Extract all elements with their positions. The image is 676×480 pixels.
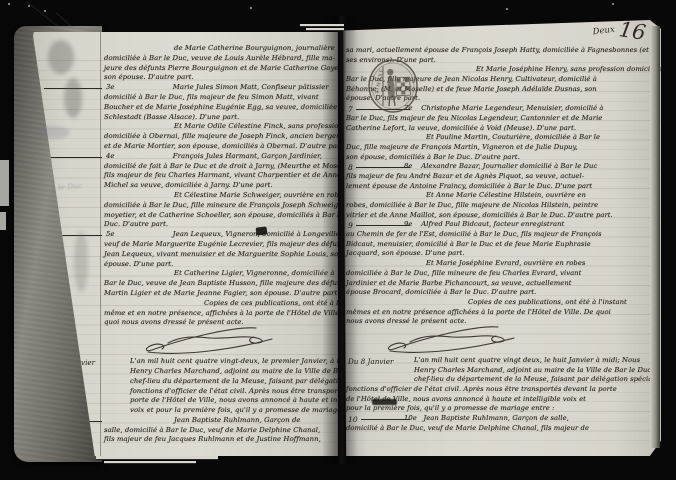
handwriting-line: Boucher et de Marie Joséphine Eugénie Eg… — [104, 103, 338, 113]
folio-numeral: 16 — [618, 19, 648, 43]
dust-speck — [612, 3, 614, 5]
page-edge-strip — [300, 24, 344, 26]
handwriting-line: veuf de Marie Marguerite Eugénie Lecrevi… — [104, 240, 338, 250]
handwriting-line: pour la première fois, qu'il y a promess… — [346, 404, 634, 414]
handwriting-line: 4e François Jules Harmant, Garçon Jardin… — [104, 152, 338, 162]
handwriting-line: Copies de ces publications, ont été à l'… — [346, 298, 634, 308]
margin-underline — [361, 419, 410, 420]
handwriting-line: épouse. D'une part. — [104, 260, 338, 270]
paragraph-block: de Marie Catherine Bourguignon, journali… — [104, 44, 338, 83]
ink-smudge-over-word — [372, 399, 397, 405]
handwriting-line: L'an mil huit cent quatre vingt-deux, le… — [104, 357, 338, 367]
bleedthrough-text: le Duc — [58, 181, 83, 192]
margin-underline — [44, 157, 102, 158]
page-edge-strip — [306, 28, 344, 30]
ink-offset-smudge — [64, 78, 82, 118]
handwriting-line: de Marie Catherine Bourguignon, journali… — [104, 44, 338, 54]
handwriting-line: son épouse. D'autre part. — [104, 73, 338, 83]
scanned-register-photo: de Marie Catherine Bourguignon, journali… — [0, 0, 676, 480]
handwriting-line: Jacquard, son épouse. D'une part. — [346, 249, 634, 259]
handwriting-line: Jean Baptiste Ruhlmann, Garçon de — [104, 416, 338, 426]
handwriting-line: Catherine Lefort, la veuve, domiciliée à… — [346, 124, 634, 134]
handwriting-line: 3e Marie Jules Simon Matt, Confiseur pât… — [104, 83, 338, 93]
handwriting-line: au Chemin de fer de l'Est, domicilié à B… — [346, 230, 634, 240]
entry-block: 6Jean Baptiste Ruhlmann, Garçon desalle,… — [104, 416, 338, 445]
handwriting-line: chef-lieu du département de la Meuse, fa… — [104, 377, 338, 387]
bleedthrough-stamp-mark — [36, 126, 70, 139]
spine-label — [0, 160, 9, 206]
entry-number: 8 — [348, 163, 410, 172]
handwriting-line: fonctions d'officier de l'état civil. Ap… — [346, 385, 634, 395]
handwriting-line: salle, domicilié à Bar le Duc, veuf de M… — [104, 426, 338, 436]
signature-block — [346, 327, 634, 356]
ink-blot — [256, 226, 268, 235]
page-stack-edge — [650, 26, 660, 448]
dated-entry-block: Du 8 JanvierL'an mil huit cent quatre vi… — [346, 356, 634, 414]
handwriting-line: même et en notre présence, affichées à l… — [104, 309, 338, 319]
handwriting-line: Et Marie Odile Célestine Finck, sans pro… — [104, 122, 338, 132]
ink-offset-smudge — [48, 40, 74, 74]
handwriting-line: Bar le Duc, veuve de Jean Baptiste Husso… — [104, 279, 338, 289]
handwriting-line: et de Marie Mortier, son épouse, domicil… — [104, 142, 338, 152]
page-edge-strip — [96, 456, 218, 459]
handwriting-line: vitrier et de Anne Maillot, son épouse, … — [346, 211, 634, 221]
handwriting-line: Et Catherine Ligier, Vigneronne, domicil… — [104, 269, 338, 279]
handwriting-line: Michel sa veuve, domiciliée à Jarny. D'u… — [104, 181, 338, 191]
signature-flourish — [138, 325, 288, 355]
date-margin-note: Du 8 Janvier — [348, 357, 410, 366]
handwriting-line: fils majeur de feu Charles Harmant, viva… — [104, 171, 338, 181]
page-edge-strip — [104, 461, 196, 463]
handwriting-line: robes, domiciliée à Bar le Duc, fille ma… — [346, 201, 634, 211]
entry-block: 44e François Jules Harmant, Garçon Jardi… — [104, 152, 338, 230]
handwriting-line: lement épouse de Antoine Fraincy, domici… — [346, 182, 634, 192]
folio-word: Deux — [592, 25, 616, 43]
handwriting-line: sa mari, actuellement épouse de François… — [346, 46, 634, 56]
handwriting-line: Schlestadt (Basse Alsace). D'une part. — [104, 113, 338, 123]
handwriting-line: domicilié de fait à Bar le Duc et de dro… — [104, 162, 338, 172]
handwriting-line: Et Marie Joséphine Evrard, ouvrière en r… — [346, 259, 634, 269]
entry-block: 99e Alfred Paul Bidcaut, facteur enregis… — [346, 220, 634, 327]
handwriting-line: Jardinier et de Marie Barbe Pichancourt,… — [346, 279, 634, 289]
handwriting-line: Martin Ligier et de Marie Jeanne Fagier,… — [104, 289, 338, 299]
handwriting-line: Duc, fille majeure de François Martin, V… — [346, 143, 634, 153]
handwriting-line: domiciliée à Obernai, fille majeure de J… — [104, 132, 338, 142]
scan-scratch — [26, 1, 60, 28]
handwriting-line: domicilié à Bar le Duc, fils majeur de f… — [104, 93, 338, 103]
revenue-stamp-icon: TIMBRE — [365, 57, 422, 116]
entry-block: 1010e Jean Baptiste Ruhlmann, Garçon de … — [346, 414, 634, 433]
ink-offset-smudge — [74, 232, 88, 292]
handwriting-line: domicilié à Bar le Duc, veuf de Marie De… — [346, 424, 634, 434]
handwriting-line: Et Pauline Martin, Couturière, domicilié… — [346, 133, 634, 143]
handwriting-line: son épouse, domiciliés à Bar le Duc. D'a… — [346, 153, 634, 163]
handwriting-line: moyetier, et de Catherine Schoeller, son… — [104, 211, 338, 221]
signature-block — [104, 328, 338, 357]
handwriting-line: porte de l'Hôtel de Ville, nous avons an… — [104, 396, 338, 406]
handwriting-line: domiciliée à Bar le Duc, fille mineure d… — [104, 201, 338, 211]
handwriting-line: Duc. D'autre part. — [104, 220, 338, 230]
entry-number: 9 — [348, 221, 410, 230]
handwriting-line: 5e Jean Lequeux, Vigneron, domicilié à L… — [104, 230, 338, 240]
handwriting-line: mêmes et en notre présence affichées à l… — [346, 308, 634, 318]
handwriting-line: domiciliée à Bar le Duc, fille mineure d… — [346, 269, 634, 279]
entry-number: 10 — [348, 415, 410, 424]
handwriting-line: Et Anne Marie Célestine Hilstein, ouvriè… — [346, 191, 634, 201]
margin-rule — [100, 32, 101, 456]
handwriting-line: Et Célestine Marie Schweiger, ouvrière e… — [104, 191, 338, 201]
handwriting-line: Henry Charles Marchand, adjoint au maire… — [104, 367, 338, 377]
handwriting-line: fils majeur de feu Jacques Ruhlmann et d… — [104, 435, 338, 445]
margin-underline — [356, 167, 410, 168]
handwriting-line: fils majeur de feu André Bazar et de Agn… — [346, 172, 634, 182]
dust-speck — [8, 3, 10, 5]
handwriting-line: chef-lieu du département de la Meuse, fa… — [346, 375, 634, 385]
handwriting-line: fonctions d'officier de l'état civil. Ap… — [104, 387, 338, 397]
handwriting-line: Bidcaut, menuisier, domicilié à Bar le D… — [346, 240, 634, 250]
margin-underline — [356, 225, 410, 226]
dust-speck — [44, 10, 46, 12]
dated-entry-block: Du 1er JanvierL'an mil huit cent quatre … — [104, 357, 338, 416]
spine-label — [0, 212, 6, 230]
handwriting-line: Bar le Duc, fils majeur de feu Nicolas L… — [346, 114, 634, 124]
handwriting-line: épouse Brocard, domiciliée à Bar le Duc.… — [346, 288, 634, 298]
handwriting-line: Jean Lequeux, vivant menuisier et de Mar… — [104, 250, 338, 260]
dust-speck — [506, 8, 508, 10]
handwriting-line: Henry Charles Marchand, adjoint au maire… — [346, 366, 634, 376]
entry-block: 33e Marie Jules Simon Matt, Confiseur pâ… — [104, 83, 338, 152]
handwriting-line: Copies de ces publications, ont été à l'… — [104, 299, 338, 309]
dust-speck — [250, 7, 252, 9]
left-page-text: de Marie Catherine Bourguignon, journali… — [104, 44, 338, 445]
entry-block: 88e Alexandre Bazar, Journalier domicili… — [346, 162, 634, 220]
folio-number: Deux 16 — [593, 21, 646, 41]
signature-flourish — [380, 324, 530, 354]
handwriting-line: voix et pour la première fois, qu'il y a… — [104, 406, 338, 416]
handwriting-line: domiciliée à Bar le Duc, veuve de Louis … — [104, 54, 338, 64]
handwriting-line: jeure des défunts Pierre Bourguignon et … — [104, 64, 338, 74]
entry-block: 55e Jean Lequeux, Vigneron, domicilié à … — [104, 230, 338, 328]
